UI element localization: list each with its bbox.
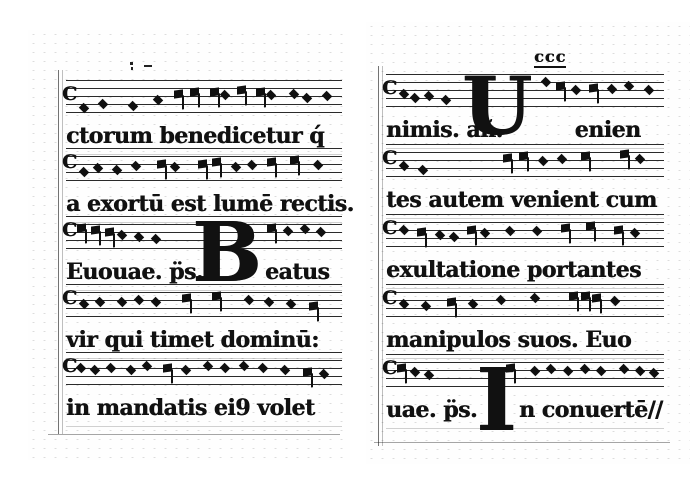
- punctum-note: [90, 365, 100, 375]
- staff: C: [66, 284, 342, 317]
- c-clef-icon: C: [382, 359, 397, 378]
- lyric-segment: Euouae. p̈s.: [66, 259, 203, 285]
- punctum-note: [421, 301, 431, 311]
- punctum-note: [92, 163, 102, 173]
- punctum-note: [79, 103, 89, 113]
- punctum-note: [571, 85, 581, 95]
- virga-note: [182, 293, 191, 302]
- virga-note: [157, 159, 166, 168]
- virga-note: [267, 223, 276, 232]
- virga-note: [290, 155, 299, 164]
- virga-note: [163, 363, 172, 372]
- punctum-note: [649, 368, 659, 378]
- punctum-note: [424, 91, 434, 101]
- virga-note: [467, 225, 476, 234]
- punctum-note: [258, 363, 268, 373]
- punctum-note: [529, 293, 539, 303]
- c-clef-icon: C: [62, 153, 77, 172]
- virga-note: [256, 87, 265, 96]
- punctum-note: [244, 295, 254, 305]
- punctum-note: [635, 154, 645, 164]
- punctum-note: [170, 162, 180, 172]
- punctum-note: [128, 101, 138, 111]
- punctum-note: [134, 232, 144, 242]
- punctum-note: [538, 156, 548, 166]
- virga-note: [190, 87, 199, 96]
- manuscript-scan: C ctorum benedicetur q́ C a exortū est l…: [0, 0, 700, 498]
- staff: C: [66, 352, 342, 385]
- punctum-note: [624, 81, 634, 91]
- punctum-note: [316, 227, 326, 237]
- virga-note: [77, 223, 86, 232]
- virga-note: [447, 297, 456, 306]
- right-page: ccc C nimis. añ.enien U C tes autem veni…: [366, 22, 690, 464]
- punctum-note: [181, 365, 191, 375]
- punctum-note: [596, 366, 606, 376]
- virga-note: [267, 157, 276, 166]
- punctum-note: [440, 95, 450, 105]
- virga-note: [581, 291, 590, 300]
- punctum-note: [607, 84, 617, 94]
- virga-note: [198, 159, 207, 168]
- punctum-note: [540, 77, 550, 87]
- punctum-note: [635, 366, 645, 376]
- illuminated-initial-U: U: [462, 66, 532, 146]
- punctum-note: [150, 234, 160, 244]
- virga-note: [519, 151, 528, 160]
- punctum-note: [321, 91, 331, 101]
- margin-rule: [58, 70, 59, 434]
- virga-note: [503, 153, 512, 162]
- virga-note: [581, 151, 590, 160]
- punctum-note: [410, 367, 420, 377]
- lyric-line: uae. p̈s.n conuertē//: [386, 394, 664, 429]
- margin-rule: [378, 66, 379, 446]
- punctum-note: [79, 167, 89, 177]
- virga-note: [309, 301, 318, 310]
- punctum-note: [435, 230, 445, 240]
- punctum-note: [579, 364, 589, 374]
- punctum-note: [142, 361, 152, 371]
- punctum-note: [399, 161, 409, 171]
- punctum-note: [299, 224, 309, 234]
- virga-note: [556, 81, 565, 90]
- virga-note: [174, 89, 183, 98]
- punctum-note: [286, 299, 296, 309]
- staff: C: [66, 80, 342, 113]
- illuminated-initial-I: I: [476, 358, 516, 444]
- punctum-note: [153, 95, 163, 105]
- staff: C: [386, 214, 664, 247]
- punctum-note: [203, 361, 213, 371]
- virga-note: [303, 367, 312, 376]
- punctum-note: [399, 299, 409, 309]
- virga-note: [614, 225, 623, 234]
- punctum-note: [117, 230, 127, 240]
- punctum-note: [468, 299, 478, 309]
- punctum-note: [131, 161, 141, 171]
- punctum-note: [98, 99, 108, 109]
- margin-rule: [62, 70, 63, 434]
- virga-note: [569, 291, 578, 300]
- c-clef-icon: C: [62, 85, 77, 104]
- punctum-note: [557, 154, 567, 164]
- punctum-note: [112, 165, 122, 175]
- margin-rule: [382, 66, 383, 446]
- virga-note: [210, 87, 219, 96]
- punctum-note: [106, 363, 116, 373]
- staff: C: [386, 144, 664, 177]
- c-clef-icon: C: [62, 289, 77, 308]
- punctum-note: [496, 295, 506, 305]
- punctum-note: [280, 365, 290, 375]
- punctum-note: [529, 366, 539, 376]
- punctum-note: [629, 228, 639, 238]
- punctum-note: [610, 296, 620, 306]
- staff: C: [386, 284, 664, 317]
- illuminated-initial-B: B: [192, 212, 261, 294]
- lyric-segment: uae. p̈s.: [386, 397, 477, 423]
- punctum-note: [230, 162, 240, 172]
- bottom-rule: [48, 434, 340, 435]
- punctum-note: [95, 297, 105, 307]
- punctum-note: [266, 90, 276, 100]
- lyric-line: in mandatis ei9 volet: [66, 392, 342, 427]
- punctum-note: [247, 160, 257, 170]
- punctum-note: [302, 93, 312, 103]
- punctum-note: [618, 364, 628, 374]
- punctum-note: [76, 363, 86, 373]
- virga-note: [397, 363, 406, 372]
- punctum-note: [283, 226, 293, 236]
- c-clef-icon: C: [382, 289, 397, 308]
- punctum-note: [219, 90, 229, 100]
- c-clef-icon: C: [382, 149, 397, 168]
- punctum-note: [288, 89, 298, 99]
- punctum-note: [219, 363, 229, 373]
- virga-note: [592, 293, 601, 302]
- staff: C: [386, 354, 664, 387]
- virga-note: [91, 225, 100, 234]
- left-page: C ctorum benedicetur q́ C a exortū est l…: [28, 30, 350, 460]
- c-clef-icon: C: [382, 219, 397, 238]
- punctum-note: [117, 297, 127, 307]
- virga-note: [237, 85, 246, 94]
- punctum-note: [449, 232, 459, 242]
- c-clef-icon: C: [382, 79, 397, 98]
- punctum-note: [418, 165, 428, 175]
- punctum-note: [504, 226, 514, 236]
- punctum-note: [313, 160, 323, 170]
- punctum-note: [410, 93, 420, 103]
- punctum-note: [546, 364, 556, 374]
- virga-note: [620, 149, 629, 158]
- punctum-note: [150, 297, 160, 307]
- punctum-note: [563, 366, 573, 376]
- virga-note: [417, 227, 426, 236]
- virga-note: [105, 227, 114, 236]
- virga-note: [561, 223, 570, 232]
- virga-note: [212, 291, 221, 300]
- punctum-note: [643, 85, 653, 95]
- punctum-note: [239, 361, 249, 371]
- virga-note: [586, 221, 595, 230]
- virga-note: [212, 157, 221, 166]
- punctum-note: [319, 369, 329, 379]
- punctum-note: [399, 225, 409, 235]
- punctum-note: [479, 228, 489, 238]
- virga-note: [589, 83, 598, 92]
- punctum-note: [424, 370, 434, 380]
- punctum-note: [399, 89, 409, 99]
- punctum-note: [134, 295, 144, 305]
- lyric-segment: eatus: [265, 259, 329, 285]
- punctum-note: [263, 297, 273, 307]
- staff: C: [66, 148, 342, 181]
- bottom-rule: [374, 442, 670, 443]
- c-clef-icon: C: [62, 221, 77, 240]
- lyric-segment: enien: [575, 117, 641, 143]
- punctum-note: [532, 226, 542, 236]
- ink-smudge: [130, 62, 160, 70]
- punctum-note: [79, 299, 89, 309]
- lyric-segment: n conuertē//: [519, 397, 663, 423]
- folio-number: ccc: [534, 48, 566, 68]
- punctum-note: [125, 365, 135, 375]
